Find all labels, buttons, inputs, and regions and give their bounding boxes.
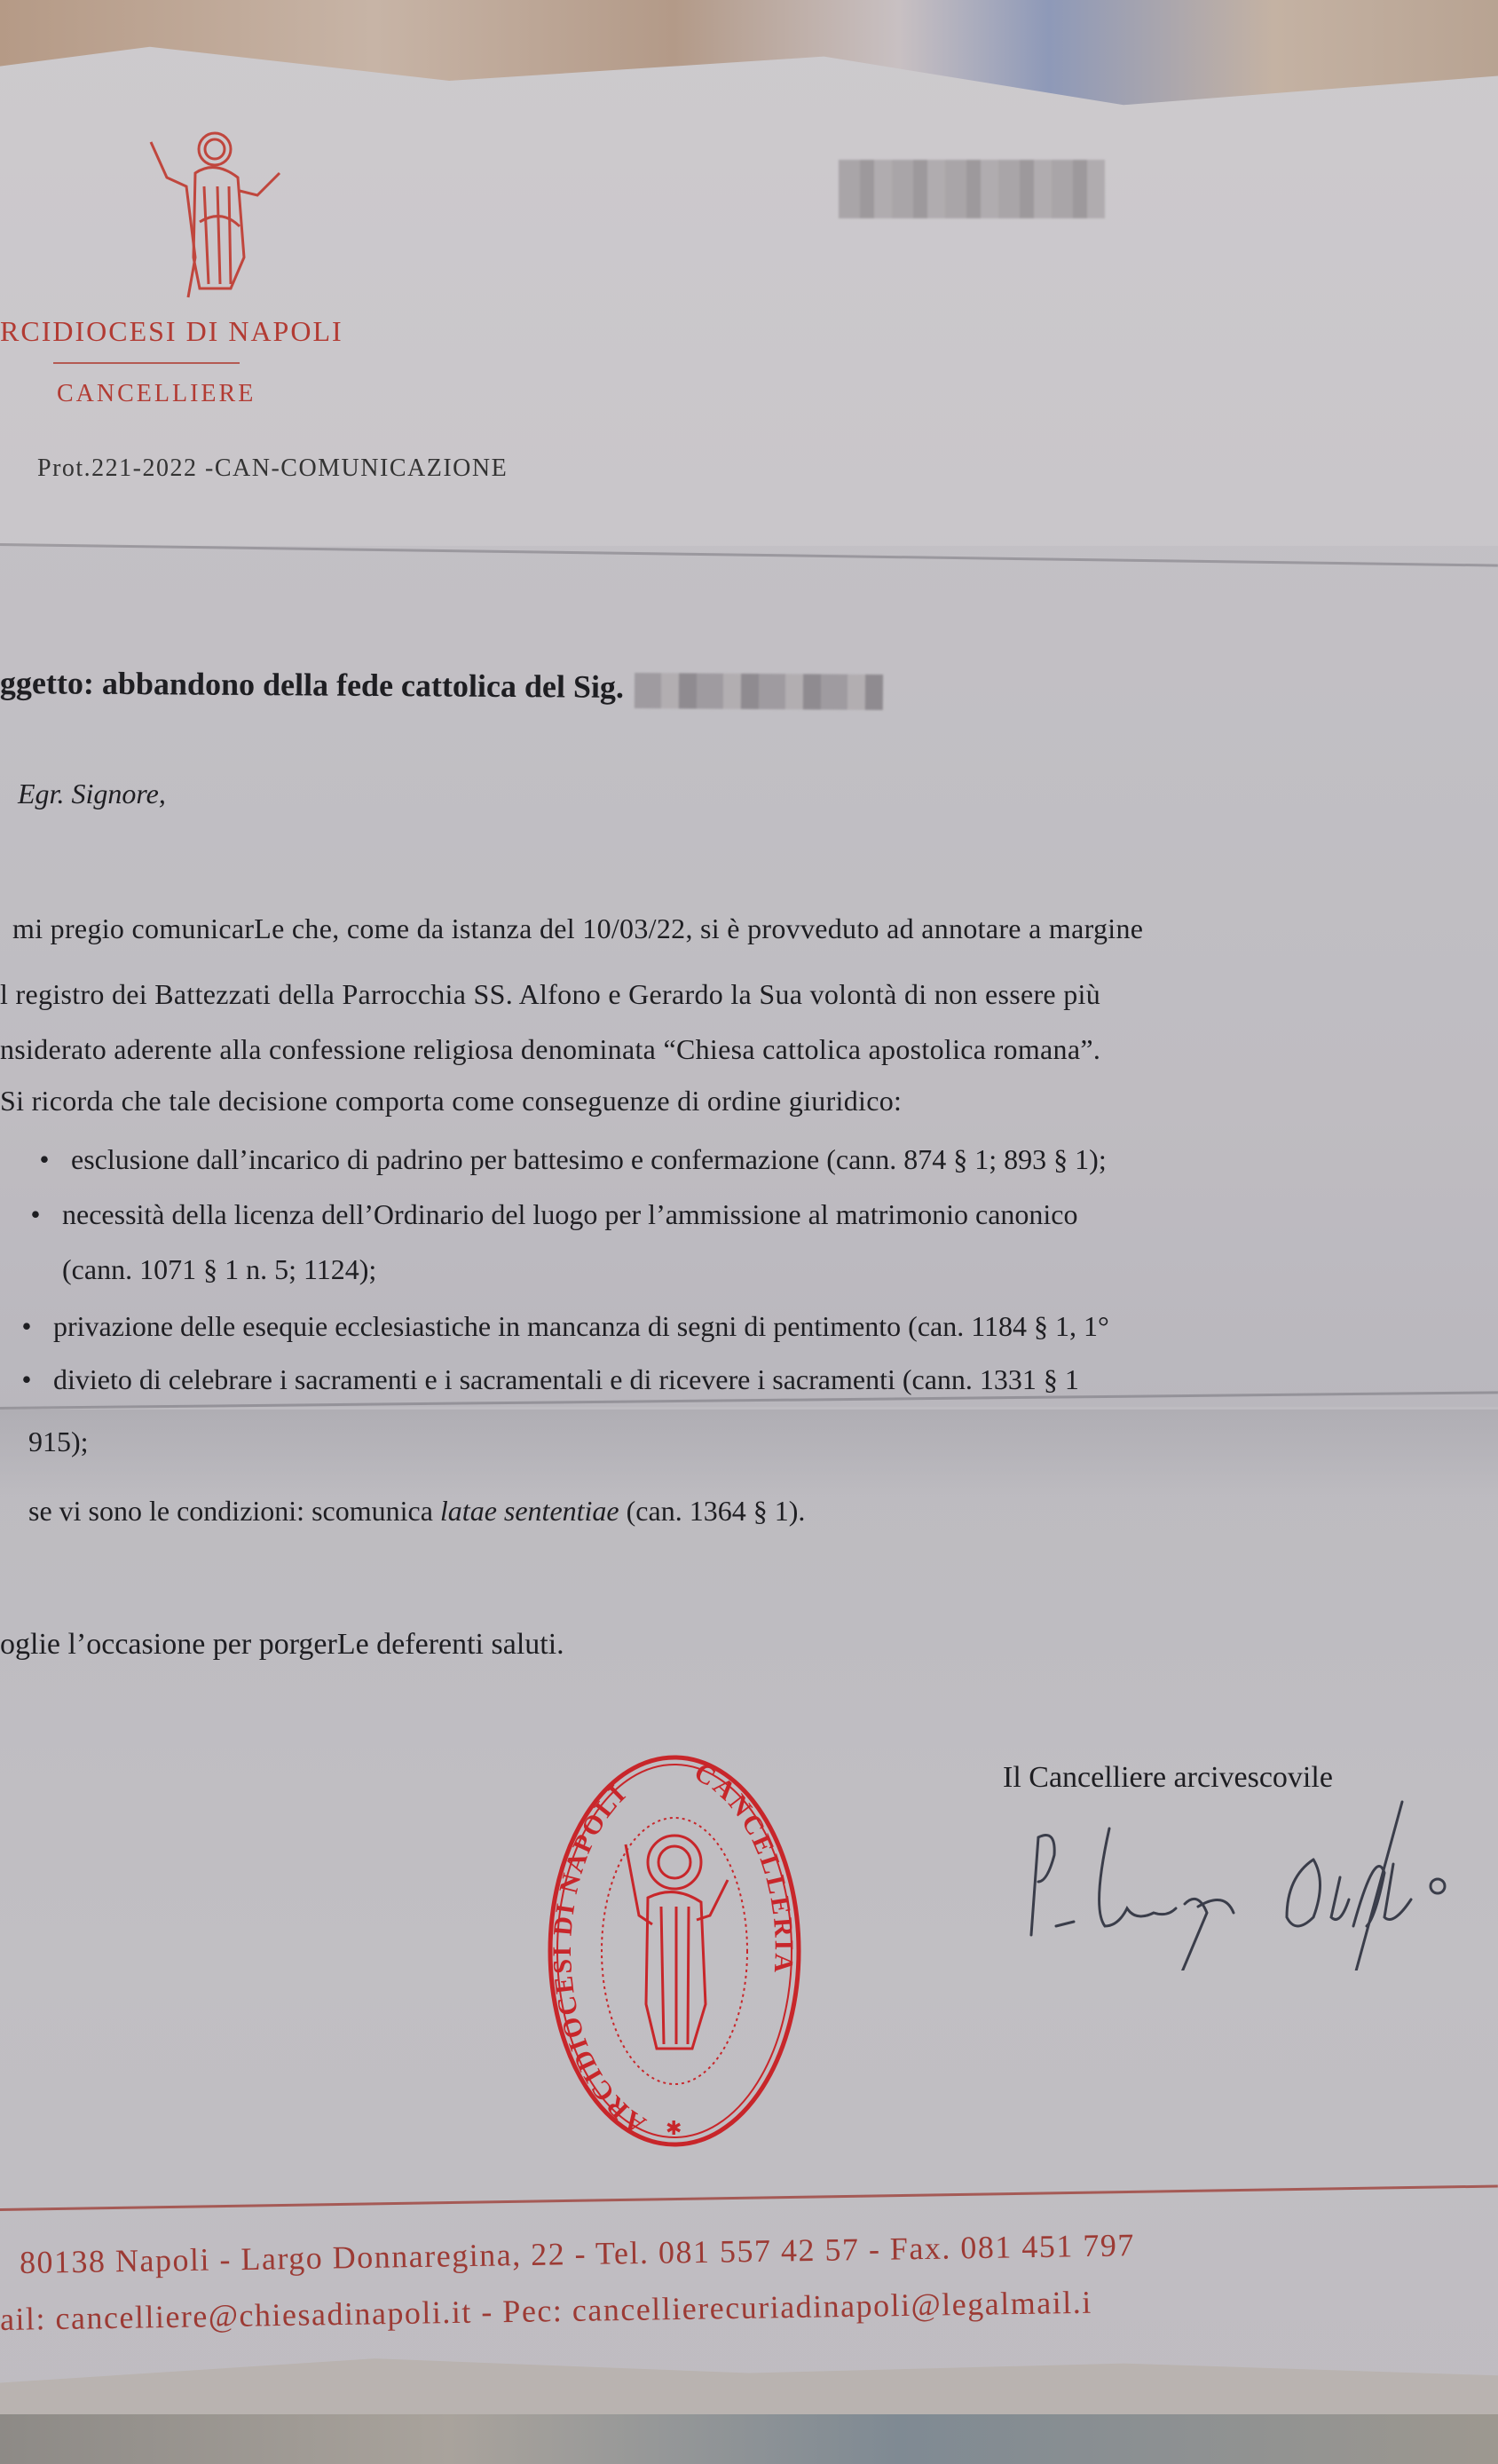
consequence-item: •necessità della licenza dell’Ordinario … — [9, 1198, 1078, 1231]
bullet-icon: • — [9, 1198, 62, 1231]
svg-text:✱: ✱ — [666, 2117, 682, 2139]
subject-line: ggetto: abbandono della fede cattolica d… — [0, 664, 883, 710]
redacted-recipient-name — [635, 673, 883, 710]
protocol-number: Prot.221-2022 -CAN-COMUNICAZIONE — [37, 454, 508, 483]
consequence-text: necessità della licenza dell’Ordinario d… — [62, 1198, 1078, 1230]
canon-reference: (can. 1364 § 1). — [619, 1495, 806, 1527]
consequence-item: •divieto di celebrare i sacramenti e i s… — [0, 1363, 1079, 1396]
background-fabric-bottom — [0, 2414, 1498, 2464]
salutation: Egr. Signore, — [18, 778, 166, 810]
body-line: l registro dei Battezzati della Parrocch… — [0, 978, 1100, 1011]
organization-name: RCIDIOCESI DI NAPOLI — [0, 315, 343, 348]
consequence-item: •esclusione dall’incarico di padrino per… — [18, 1143, 1107, 1176]
fold-shade — [0, 1410, 1498, 1498]
bullet-icon: • — [18, 1143, 71, 1176]
consequence-continuation: 915); — [28, 1425, 89, 1458]
consequence-text: privazione delle esequie ecclesiastiche … — [53, 1310, 1109, 1342]
handwritten-signature: P. Luigi Ortaglio — [1021, 1793, 1498, 1970]
chancery-seal-icon: ARCIDIOCESI DI NAPOLI CANCELLERIA ✱ — [541, 1747, 808, 2155]
bullet-icon: • — [0, 1363, 53, 1396]
saint-figure-emblem-icon — [133, 124, 293, 302]
letterhead-divider — [53, 362, 240, 364]
bullet-icon: • — [0, 1310, 53, 1343]
consequence-item: •privazione delle esequie ecclesiastiche… — [0, 1310, 1109, 1343]
excommunication-note: se vi sono le condizioni: scomunica lata… — [28, 1495, 805, 1528]
body-line: nsiderato aderente alla confessione reli… — [0, 1033, 1100, 1066]
closing-line: oglie l’occasione per porgerLe deferenti… — [0, 1628, 564, 1662]
latin-term: latae sententiae — [440, 1495, 619, 1527]
consequence-text: divieto di celebrare i sacramenti e i sa… — [53, 1363, 1079, 1395]
redacted-recipient-address — [839, 160, 1105, 218]
body-line: mi pregio comunicarLe che, come da istan… — [12, 912, 1143, 945]
office-name: CANCELLIERE — [57, 380, 256, 408]
consequence-continuation: (cann. 1071 § 1 n. 5; 1124); — [62, 1253, 376, 1286]
seal-text-left: ARCIDIOCESI DI NAPOLI — [548, 1779, 650, 2139]
signatory-role: Il Cancelliere arcivescovile — [1003, 1761, 1333, 1795]
excommunication-text: se vi sono le condizioni: scomunica — [28, 1495, 440, 1527]
consequence-text: esclusione dall’incarico di padrino per … — [71, 1143, 1107, 1175]
body-line: Si ricorda che tale decisione comporta c… — [0, 1085, 902, 1117]
subject-text: ggetto: abbandono della fede cattolica d… — [0, 665, 624, 705]
svg-text:ARCIDIOCESI DI NAPOLI: ARCIDIOCESI DI NAPOLI — [548, 1779, 650, 2139]
